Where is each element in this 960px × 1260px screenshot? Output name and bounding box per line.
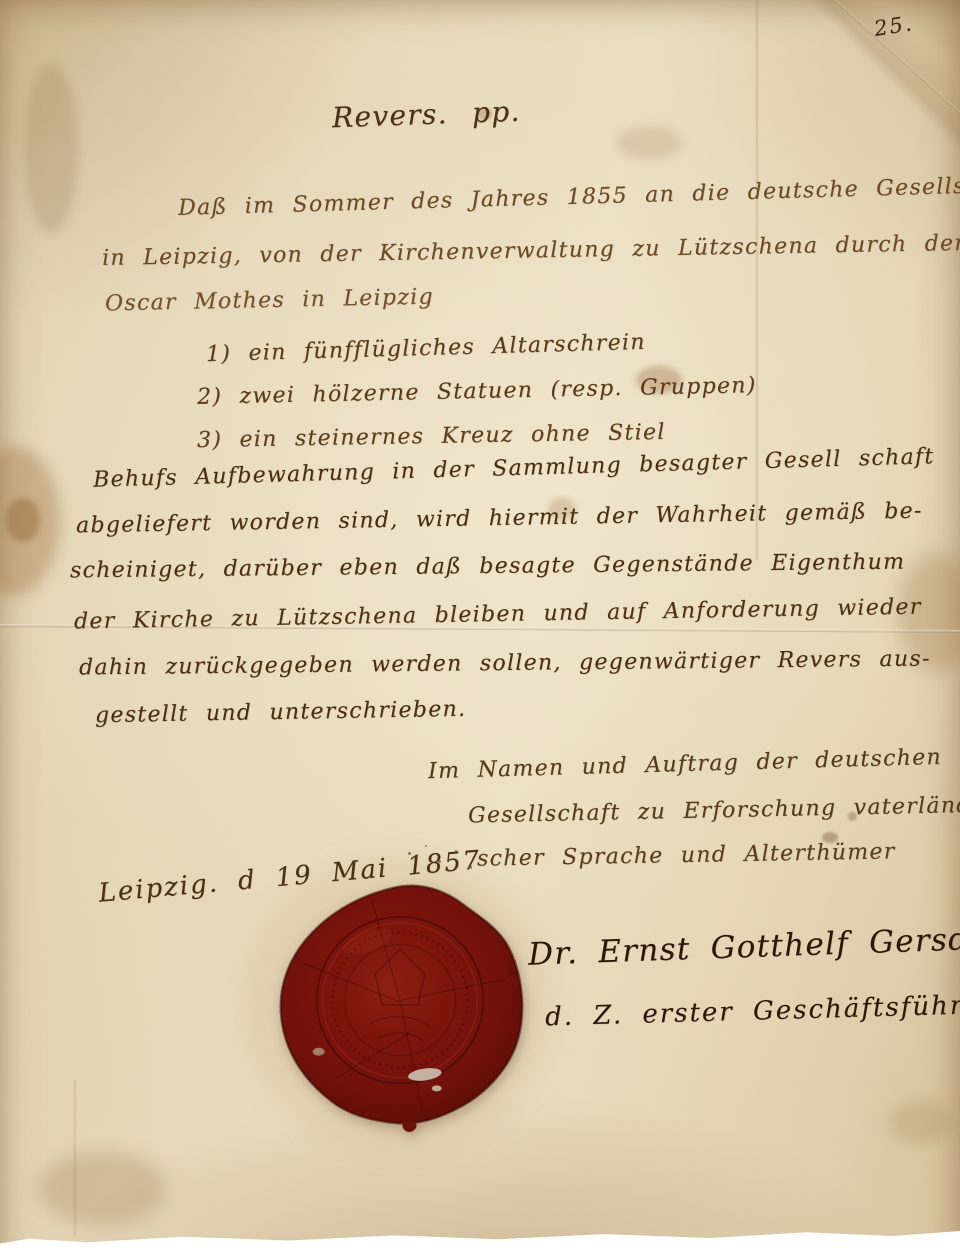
fold-crease-vertical (74, 1080, 76, 1236)
document-photo: 25. Revers. pp. Daß im Sommer des Jahres… (0, 0, 960, 1260)
folio-number: 25. (872, 11, 915, 41)
stain (616, 126, 682, 160)
wax-splash-graphic (504, 958, 522, 978)
stain (24, 64, 78, 234)
closing-line: scher Sprache und Alterthümer (477, 839, 896, 871)
stain (888, 1100, 952, 1144)
body-line: Daß im Sommer des Jahres 1855 an die deu… (178, 172, 960, 221)
signature: Dr. Ernst Gotthelf Gersdorf, (528, 919, 960, 972)
wax-splash (504, 958, 522, 978)
body-line: gestellt und unterschrieben. (95, 697, 467, 728)
body-line: scheiniget, darüber eben daß besagte Geg… (70, 550, 905, 584)
stain (6, 498, 40, 542)
body-line: abgeliefert worden sind, wird hiermit de… (76, 499, 923, 539)
ink-speckle (425, 845, 427, 847)
document-title: Revers. pp. (331, 95, 521, 135)
stain (0, 446, 60, 596)
stain (38, 1152, 166, 1226)
body-line: in Leipzig, von der Kirchenverwaltung zu… (102, 228, 960, 271)
body-line: Oscar Mothes in Leipzig (105, 285, 434, 317)
list-item: 2) zwei hölzerne Statuen (resp. Gruppen) (197, 373, 757, 410)
body-line: der Kirche zu Lützschena bleiben und auf… (74, 595, 922, 635)
fold-crease-vertical (756, 0, 758, 560)
closing-line: Gesellschaft zu Erforschung vaterländi- (468, 793, 960, 829)
list-item: 3) ein steinernes Kreuz ohne Stiel (197, 420, 666, 453)
manuscript-page: 25. Revers. pp. Daß im Sommer des Jahres… (0, 0, 960, 1260)
body-line: dahin zurückgegeben werden sollen, gegen… (79, 647, 931, 681)
wax-seal-graphic (276, 880, 524, 1138)
list-item: 1) ein fünfflügliches Altarschrein (206, 330, 646, 367)
signature-role: d. Z. erster Geschäftsführer. (545, 990, 960, 1033)
closing-line: Im Namen und Auftrag der deutschen (428, 745, 943, 784)
red-wax-seal (276, 880, 524, 1138)
